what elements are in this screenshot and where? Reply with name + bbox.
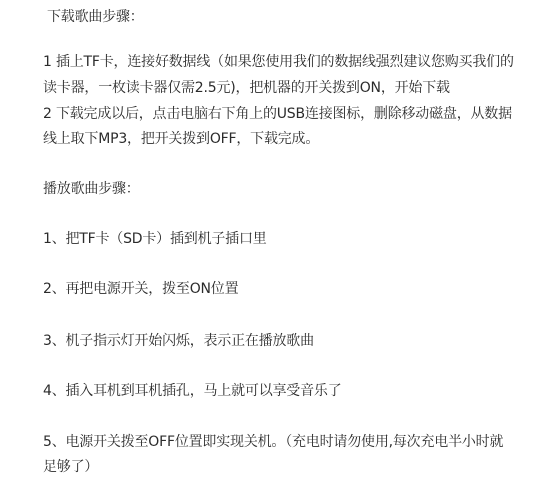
download-step-1-line-1: 1 插上TF卡，连接好数据线（如果您使用我们的数据线强烈建议您购买我们的 — [43, 51, 514, 73]
play-step-5-line-2: 足够了） — [43, 456, 98, 478]
play-step-4: 4、插入耳机到耳机插孔，马上就可以享受音乐了 — [43, 380, 342, 402]
download-step-2-line-1: 2 下载完成以后，点击电脑右下角上的USB连接图标，删除移动磁盘，从数据 — [43, 103, 512, 125]
play-step-1: 1、把TF卡（SD卡）插到机子插口里 — [43, 228, 267, 250]
download-step-2-line-2: 线上取下MP3，把开关拨到OFF，下载完成。 — [43, 128, 319, 150]
download-section-title: 下载歌曲步骤： — [47, 6, 144, 28]
download-step-1-line-2: 读卡器，一枚读卡器仅需2.5元)，把机器的开关拨到ON，开始下载 — [43, 77, 450, 99]
play-step-3: 3、机子指示灯开始闪烁，表示正在播放歌曲 — [43, 330, 314, 352]
play-step-5-line-1: 5、电源开关拨至OFF位置即实现关机。（充电时请勿使用,每次充电半小时就 — [43, 431, 503, 453]
play-section-title: 播放歌曲步骤： — [43, 178, 140, 200]
play-step-2: 2、再把电源开关，拨至ON位置 — [43, 278, 238, 300]
